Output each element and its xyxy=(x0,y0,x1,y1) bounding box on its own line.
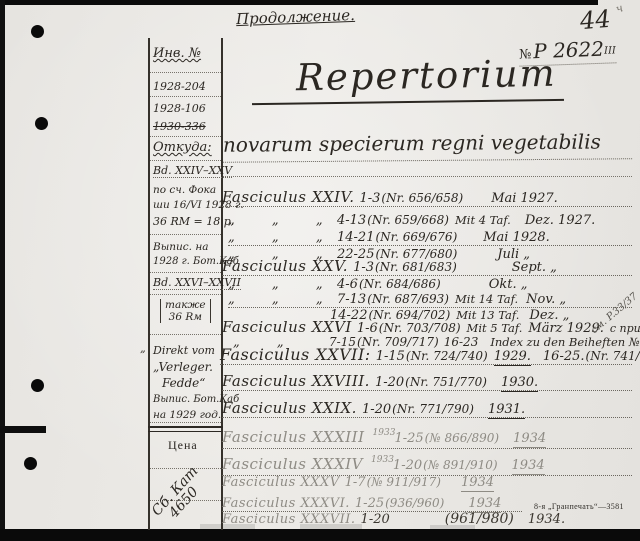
dotted-rule xyxy=(150,294,221,295)
ditto-marks: „ „ „ xyxy=(228,292,332,307)
publisher-note: Fedde“ xyxy=(162,376,205,390)
fasciculus-row: „ „ „4-13(Nr. 659/668)Mit 4 Taf.Dez. 192… xyxy=(228,213,595,228)
catalog-card-scan: Продолжение. 44 ч №Р 2622III Repertorium… xyxy=(0,0,640,541)
origin-label: Откуда: xyxy=(153,140,212,155)
fasciculus-row: Fasciculus XXIV.1-3(Nr. 656/658)Mai 1927… xyxy=(222,190,632,207)
ditto-marks: „ „ „ xyxy=(228,277,332,292)
date: Mai 1927. xyxy=(491,191,558,206)
issue-range: 1-20 xyxy=(375,375,404,390)
punch-hole xyxy=(31,25,44,38)
page-title: Repertorium xyxy=(296,52,557,100)
punch-hole xyxy=(24,457,37,470)
page-number: 44 xyxy=(579,5,612,36)
issue-range: 7-13 xyxy=(337,292,366,307)
also-amount: 36 Rм xyxy=(165,311,206,323)
issue-range-2: 16-25. xyxy=(543,349,585,364)
issue-numbers: (Nr. 684/686) xyxy=(359,277,441,291)
dotted-rule xyxy=(150,136,221,137)
inventory-number: 1928-204 xyxy=(153,80,206,93)
order-note: на 1929 год. xyxy=(153,409,221,421)
scan-edge-bottom xyxy=(0,529,640,541)
date: Nov. „ xyxy=(526,292,566,307)
fasciculus-row: „ „ „4-6(Nr. 684/686)Okt. „ xyxy=(228,277,527,292)
issue-range: 14-21 xyxy=(337,230,374,245)
ditto-marks: „ „ „ xyxy=(228,213,332,228)
publisher-note: Direkt vom xyxy=(153,344,215,357)
volume-label: Fasciculus XXVII: xyxy=(220,347,371,362)
also-word: также xyxy=(165,299,206,311)
date: Mai 1928. xyxy=(483,230,550,245)
subtitle: novarum specierum regni vegetabilis xyxy=(223,129,632,163)
issue-numbers: (961/980) xyxy=(445,511,514,527)
corner-mark: ч xyxy=(614,1,625,15)
volume-label: Fasciculus XXXVII. xyxy=(222,512,356,527)
issue-range: 1-25 xyxy=(394,431,423,446)
issue-range: 1-15 xyxy=(376,349,405,364)
volume-label: Fasciculus XXVI xyxy=(222,320,352,335)
fasciculus-row: Fasciculus XXVIII.1-20(Nr. 751/770)1930. xyxy=(222,374,632,391)
price-note: 36 RM = 18 р. xyxy=(153,215,234,228)
volume-label: Fasciculus XXXV xyxy=(222,475,340,490)
volume-note: Bd. XXIV–XXV xyxy=(153,164,232,178)
issue-numbers: (Nr. 751/770) xyxy=(405,375,487,389)
date: 1934 xyxy=(461,475,494,492)
scan-edge-left xyxy=(0,0,5,541)
date: Okt. „ xyxy=(489,277,528,292)
inventory-column: Инв. № 1928-204 1928-106 1930-336 Откуда… xyxy=(148,38,223,530)
issue-range: 1-3 xyxy=(359,191,380,206)
continuation-label: Продолжение. xyxy=(236,6,355,28)
taf-note: Mit 4 Taf. xyxy=(455,213,511,227)
date: Dez. 1927. xyxy=(525,213,595,228)
issue-numbers: (Nr. 703/708) xyxy=(379,321,461,335)
volume-label: Fasciculus XXXIV xyxy=(222,457,363,472)
dotted-rule xyxy=(150,160,221,161)
issue-range: 1-20 xyxy=(361,512,390,527)
fasciculus-row: Fasciculus XXXV1-7(№ 911/917)1934 xyxy=(222,475,494,490)
order-note: Выпис. на xyxy=(153,241,209,253)
issue-range: 1-7 xyxy=(345,475,366,490)
dotted-rule xyxy=(150,422,221,423)
date: 1931. xyxy=(488,402,525,419)
date: 1929. xyxy=(494,349,531,366)
punch-hole xyxy=(35,117,48,130)
fasciculus-row: „ „ „7-13(Nr. 687/693)Mit 14 Taf.Nov. „ xyxy=(228,292,632,308)
volume-label: Fasciculus XXXVI. xyxy=(222,496,350,511)
dotted-rule xyxy=(150,72,221,73)
date: 1934. xyxy=(528,512,565,527)
fasciculus-row: Fasciculus XXIX.1-20(Nr. 771/790)1931. xyxy=(222,401,632,418)
issue-numbers-2: (Nr. 741/750). xyxy=(586,349,640,363)
issue-numbers: (№ 911/917) xyxy=(367,475,441,489)
inventory-label: Инв. № xyxy=(153,46,201,61)
issue-numbers: (Nr. 771/790) xyxy=(392,402,474,416)
fasciculus-row: Fasciculus XXVII:1-15(Nr. 724/740)1929.1… xyxy=(220,347,632,365)
issue-range: 1-3 xyxy=(353,260,374,275)
dotted-rule xyxy=(150,272,221,273)
inventory-number-struck: 1930-336 xyxy=(153,120,206,133)
also-price-note: также 36 Rм xyxy=(160,299,211,323)
attachment-note: с приложениями Bei- xyxy=(610,322,640,335)
issue-numbers: (Nr. 659/668) xyxy=(367,213,449,227)
volume-label: Fasciculus XXV. xyxy=(222,259,348,274)
margin-quote: „ xyxy=(140,342,146,355)
issue-numbers: (Nr. 724/740) xyxy=(406,349,488,363)
volume-label: Fasciculus XXXIII xyxy=(222,430,365,445)
issue-numbers: (№ 891/910) xyxy=(423,458,497,472)
date: 1930. xyxy=(501,375,538,392)
issue-numbers: (Nr. 656/658) xyxy=(381,191,463,205)
issue-numbers: (Nr. 681/683) xyxy=(375,260,457,274)
inventory-number: 1928-106 xyxy=(153,102,206,115)
title-underline xyxy=(252,99,564,105)
year-superscript: 1933 xyxy=(373,428,396,438)
date: 1934 xyxy=(513,431,546,448)
fasciculus-row: Fasciculus XXXVI.1-25(936/960)1934 xyxy=(222,496,522,512)
issue-numbers: (936/960) xyxy=(385,496,444,510)
fasciculus-row: Fasciculus XXVI1-6(Nr. 703/708)Mit 5 Taf… xyxy=(222,320,640,336)
volume-label: Fasciculus XXIX. xyxy=(222,401,357,416)
dotted-rule xyxy=(150,96,221,97)
dotted-rule xyxy=(150,234,221,235)
fasciculus-row: „ „ „14-21(Nr. 669/676)Mai 1928. xyxy=(228,230,632,246)
volume-label: Fasciculus XXVIII. xyxy=(222,374,370,389)
issue-range: 4-6 xyxy=(337,277,358,292)
dotted-rule xyxy=(222,176,632,177)
issue-range: 1-20 xyxy=(393,458,422,473)
dotted-rule xyxy=(150,334,221,335)
taf-note: Mit 14 Taf. xyxy=(455,292,518,306)
issue-range: 1-20 xyxy=(362,402,391,417)
print-shop-mark: 8-я „Гранпечать“—3581 xyxy=(534,502,624,511)
fasciculus-row: Fasciculus XXV.1-3(Nr. 681/683)Sept. „ xyxy=(222,259,632,276)
year-superscript: 1933 xyxy=(371,455,394,465)
issue-numbers: (Nr. 669/676) xyxy=(375,230,457,244)
price-label: Цена xyxy=(168,438,198,453)
taf-note: Mit 5 Taf. xyxy=(467,321,523,335)
scan-edge-top xyxy=(0,0,598,5)
publisher-note: „Verleger. xyxy=(153,360,213,374)
volume-label: Fasciculus XXIV. xyxy=(222,190,354,205)
date: Sept. „ xyxy=(512,260,557,275)
section-divider xyxy=(148,426,223,432)
issue-range: 1-6 xyxy=(357,321,378,336)
fasciculus-row: Fasciculus XXXIII19331-25(№ 866/890)1934 xyxy=(222,430,632,449)
issue-numbers: (Nr. 687/693) xyxy=(367,292,449,306)
punch-hole xyxy=(31,379,44,392)
issue-numbers: (№ 866/890) xyxy=(425,431,499,445)
doc-number-suffix: III xyxy=(604,45,616,56)
ditto-marks: „ „ „ xyxy=(228,230,332,245)
fasciculus-row: Fasciculus XXXIV19331-20(№ 891/910)1934 xyxy=(222,457,632,476)
account-note: по сч. Фока xyxy=(153,184,216,196)
fasciculus-row: Fasciculus XXXVII.1-20(961/980)1934. xyxy=(222,512,565,527)
issue-range: 4-13 xyxy=(337,213,366,228)
fold-mark xyxy=(0,426,46,433)
date: 1934 xyxy=(512,458,545,475)
issue-range: 1-25 xyxy=(355,496,384,511)
